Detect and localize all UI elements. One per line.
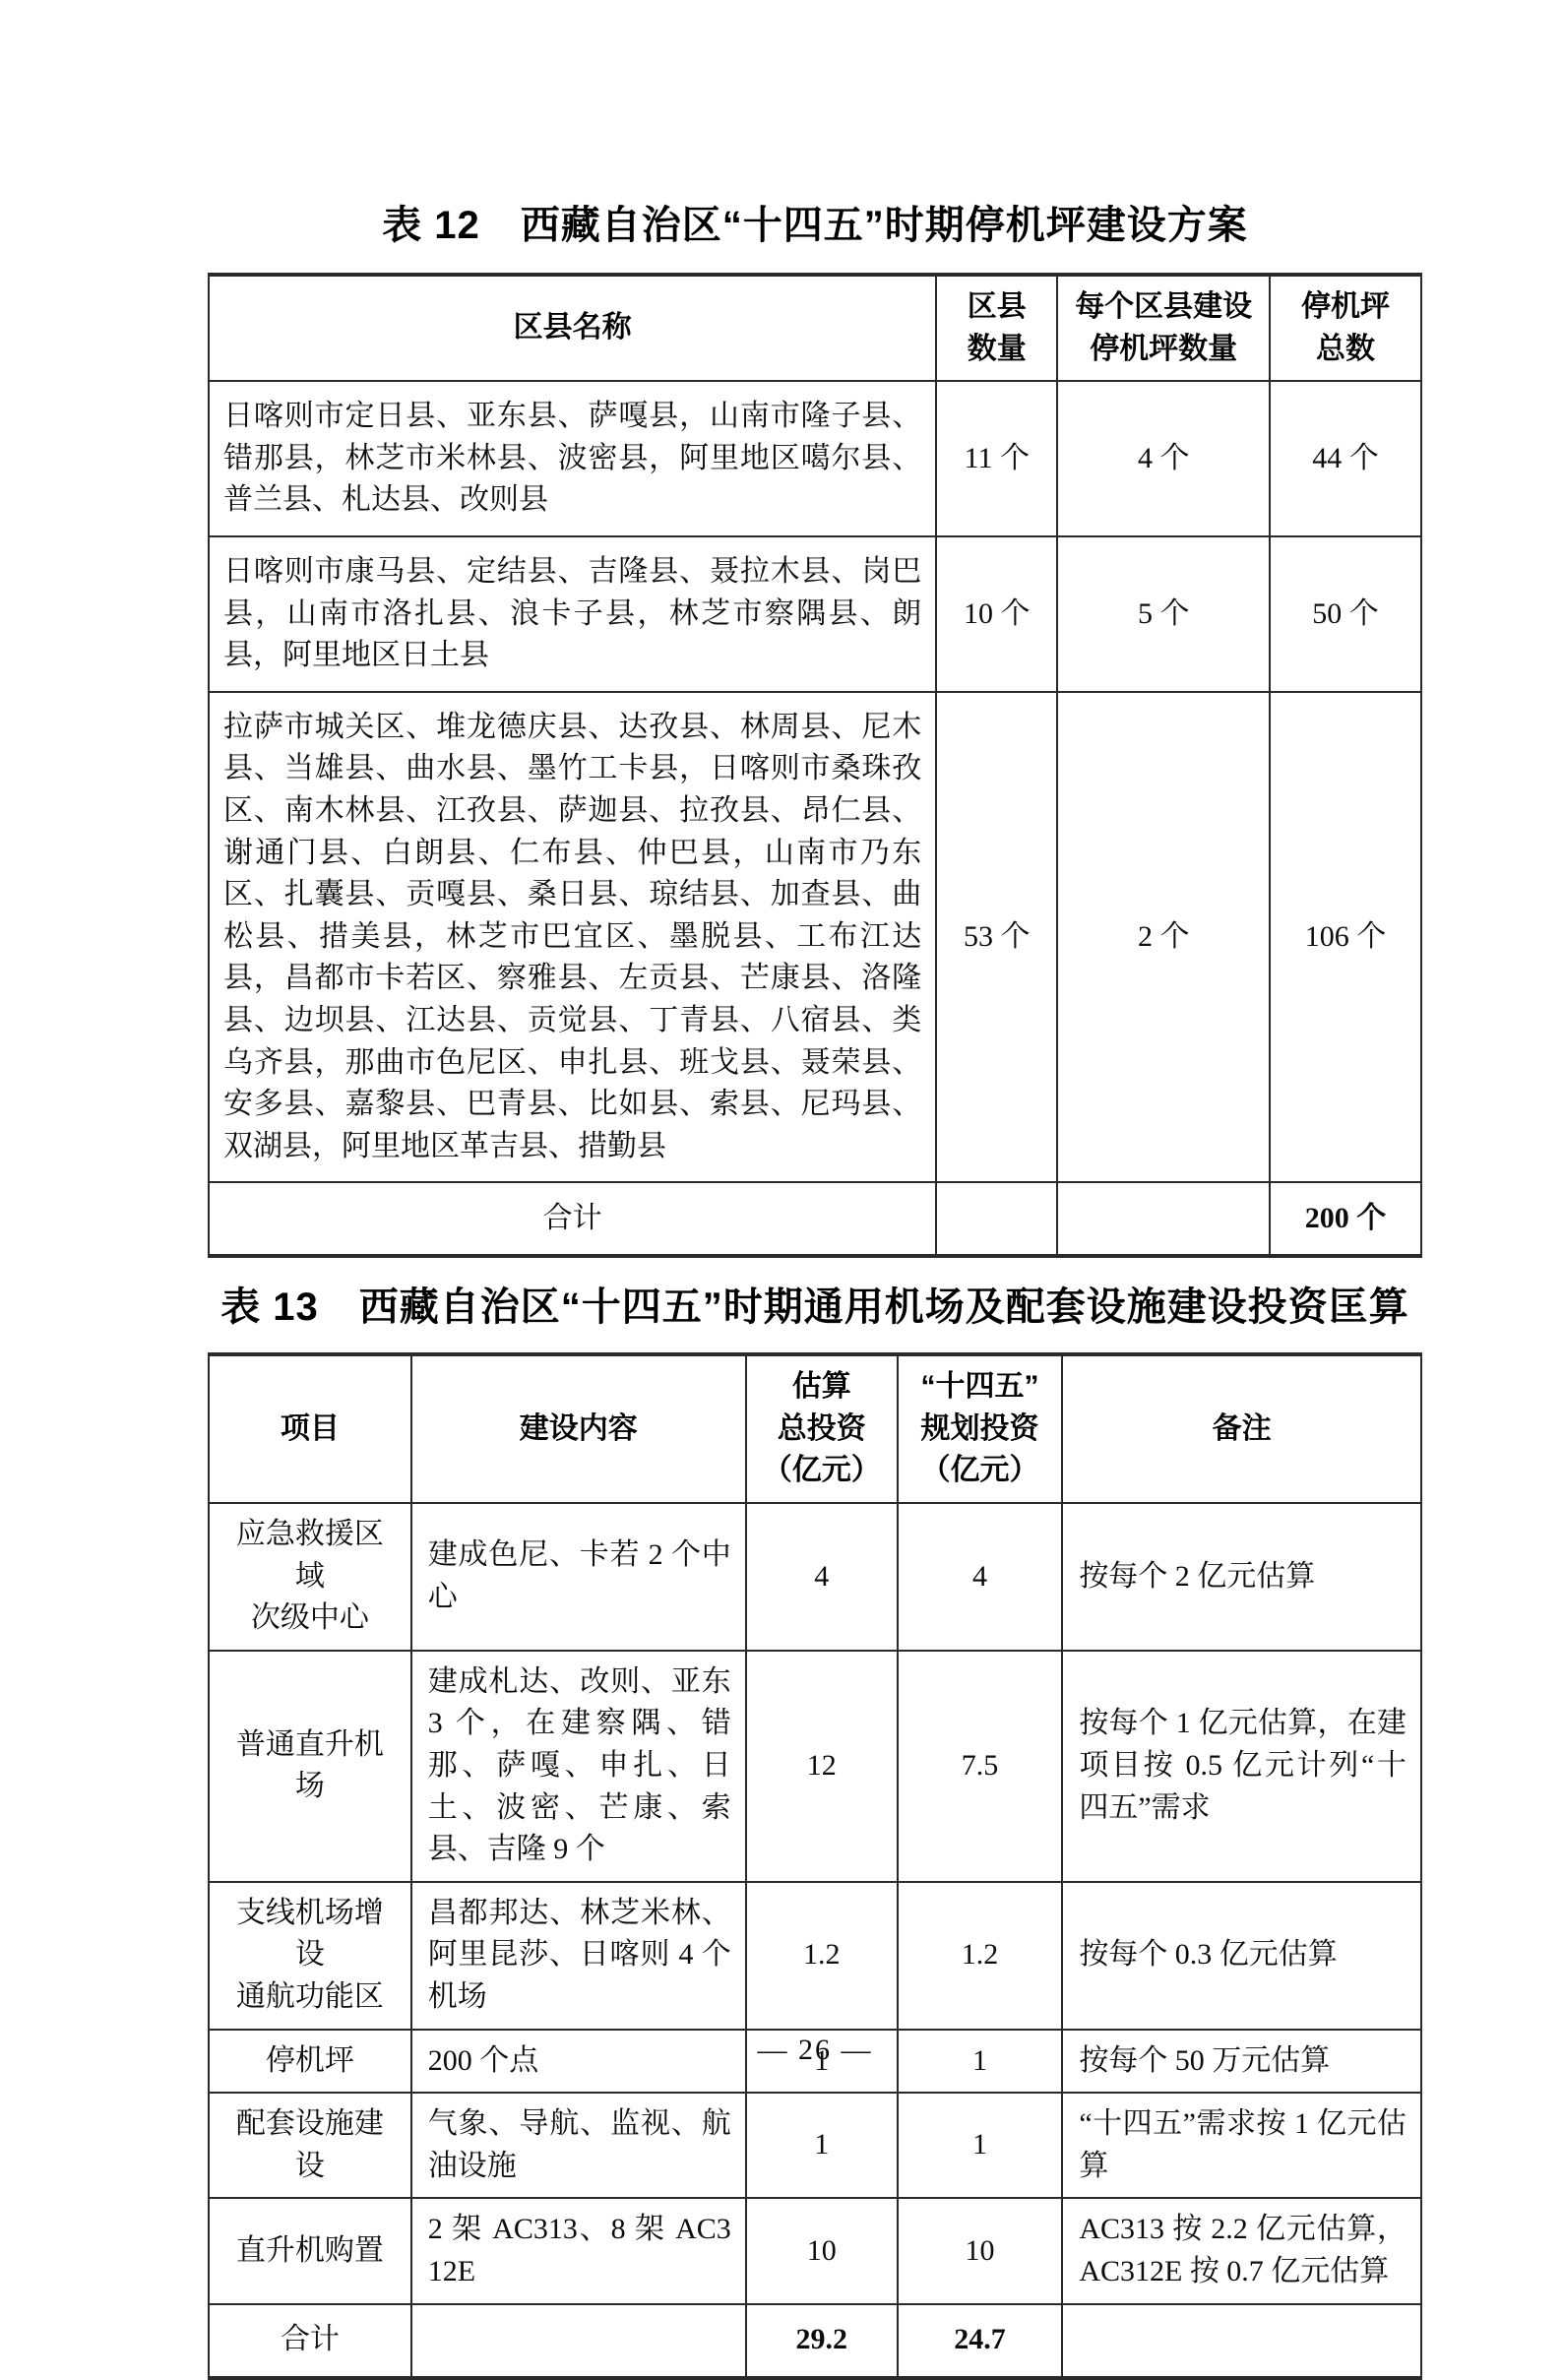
table13-header-row: 项目 建设内容 估算 总投资 （亿元） “十四五” 规划投资 （亿元） 备注 bbox=[209, 1354, 1421, 1503]
aprons-per-county-cell: 4 个 bbox=[1057, 381, 1270, 536]
table12-header-counties: 区县名称 bbox=[209, 275, 936, 381]
table13-header-content: 建设内容 bbox=[411, 1354, 746, 1503]
note-cell: “十四五”需求按 1 亿元估算 bbox=[1062, 2093, 1421, 2198]
total-investment-cell: 1.2 bbox=[746, 1882, 898, 2030]
table13-header-plan-investment: “十四五” 规划投资 （亿元） bbox=[898, 1354, 1063, 1503]
table13-investment-estimate: 项目 建设内容 估算 总投资 （亿元） “十四五” 规划投资 （亿元） 备注 应… bbox=[208, 1352, 1422, 2379]
plan-investment-sum-cell: 24.7 bbox=[898, 2304, 1063, 2378]
table12-header-aprons-per-county: 每个区县建设 停机坪数量 bbox=[1057, 275, 1270, 381]
counties-cell: 日喀则市定日县、亚东县、萨嘎县，山南市隆子县、错那县，林芝市米林县、波密县，阿里… bbox=[209, 381, 936, 536]
empty-cell bbox=[1062, 2304, 1421, 2378]
item-cell: 普通直升机场 bbox=[209, 1651, 411, 1882]
table12-row-1: 日喀则市定日县、亚东县、萨嘎县，山南市隆子县、错那县，林芝市米林县、波密县，阿里… bbox=[209, 381, 1421, 536]
table12-title: 表 12 西藏自治区“十四五”时期停机坪建设方案 bbox=[208, 202, 1422, 249]
item-cell: 直升机购置 bbox=[209, 2198, 411, 2303]
item-cell: 应急救援区域 次级中心 bbox=[209, 1503, 411, 1651]
item-cell: 支线机场增设 通航功能区 bbox=[209, 1882, 411, 2030]
apron-grand-total-cell: 200 个 bbox=[1270, 1182, 1421, 1256]
plan-investment-cell: 4 bbox=[898, 1503, 1063, 1651]
total-investment-cell: 1 bbox=[746, 2093, 898, 2198]
total-investment-cell: 4 bbox=[746, 1503, 898, 1651]
plan-investment-cell: 1.2 bbox=[898, 1882, 1063, 2030]
content-cell: 2 架 AC313、8 架 AC312E bbox=[411, 2198, 746, 2303]
empty-cell bbox=[1057, 1182, 1270, 1256]
table12-row-2: 日喀则市康马县、定结县、吉隆县、聂拉木县、岗巴县，山南市洛扎县、浪卡子县，林芝市… bbox=[209, 536, 1421, 692]
document-page: 表 12 西藏自治区“十四五”时期停机坪建设方案 区县名称 区县 数量 每个区县… bbox=[208, 0, 1422, 2380]
table12-row-3: 拉萨市城关区、堆龙德庆县、达孜县、林周县、尼木县、当雄县、曲水县、墨竹工卡县，日… bbox=[209, 692, 1421, 1183]
plan-investment-cell: 10 bbox=[898, 2198, 1063, 2303]
total-investment-sum-cell: 29.2 bbox=[746, 2304, 898, 2378]
content-cell: 建成色尼、卡若 2 个中心 bbox=[411, 1503, 746, 1651]
table13-total-row: 合计 29.2 24.7 bbox=[209, 2304, 1421, 2378]
apron-total-cell: 44 个 bbox=[1270, 381, 1421, 536]
county-count-cell: 53 个 bbox=[936, 692, 1057, 1183]
empty-cell bbox=[411, 2304, 746, 2378]
note-cell: 按每个 0.3 亿元估算 bbox=[1062, 1882, 1421, 2030]
table12-apron-plan: 区县名称 区县 数量 每个区县建设 停机坪数量 停机坪 总数 日喀则市定日县、亚… bbox=[208, 273, 1422, 1258]
table13-row-3: 支线机场增设 通航功能区 昌都邦达、林芝米林、阿里昆莎、日喀则 4 个机场 1.… bbox=[209, 1882, 1421, 2030]
table13-title: 表 13 西藏自治区“十四五”时期通用机场及配套设施建设投资匡算 bbox=[208, 1284, 1422, 1331]
empty-cell bbox=[936, 1182, 1057, 1256]
aprons-per-county-cell: 2 个 bbox=[1057, 692, 1270, 1183]
total-label-cell: 合计 bbox=[209, 2304, 411, 2378]
table13-header-note: 备注 bbox=[1062, 1354, 1421, 1503]
table13-header-item: 项目 bbox=[209, 1354, 411, 1503]
total-investment-cell: 12 bbox=[746, 1651, 898, 1882]
apron-total-cell: 106 个 bbox=[1270, 692, 1421, 1183]
note-cell: AC313 按 2.2 亿元估算，AC312E 按 0.7 亿元估算 bbox=[1062, 2198, 1421, 2303]
county-count-cell: 10 个 bbox=[936, 536, 1057, 692]
total-label-cell: 合计 bbox=[209, 1182, 936, 1256]
table13-row-1: 应急救援区域 次级中心 建成色尼、卡若 2 个中心 4 4 按每个 2 亿元估算 bbox=[209, 1503, 1421, 1651]
content-cell: 昌都邦达、林芝米林、阿里昆莎、日喀则 4 个机场 bbox=[411, 1882, 746, 2030]
table13-row-2: 普通直升机场 建成札达、改则、亚东 3 个，在建察隅、错那、萨嘎、申扎、日土、波… bbox=[209, 1651, 1421, 1882]
counties-cell: 日喀则市康马县、定结县、吉隆县、聂拉木县、岗巴县，山南市洛扎县、浪卡子县，林芝市… bbox=[209, 536, 936, 692]
content-cell: 建成札达、改则、亚东 3 个，在建察隅、错那、萨嘎、申扎、日土、波密、芒康、索县… bbox=[411, 1651, 746, 1882]
content-cell: 气象、导航、监视、航油设施 bbox=[411, 2093, 746, 2198]
note-cell: 按每个 2 亿元估算 bbox=[1062, 1503, 1421, 1651]
county-count-cell: 11 个 bbox=[936, 381, 1057, 536]
table12-header-apron-total: 停机坪 总数 bbox=[1270, 275, 1421, 381]
table12-total-row: 合计 200 个 bbox=[209, 1182, 1421, 1256]
table13-header-total-investment: 估算 总投资 （亿元） bbox=[746, 1354, 898, 1503]
table13-row-5: 配套设施建设 气象、导航、监视、航油设施 1 1 “十四五”需求按 1 亿元估算 bbox=[209, 2093, 1421, 2198]
plan-investment-cell: 7.5 bbox=[898, 1651, 1063, 1882]
plan-investment-cell: 1 bbox=[898, 2093, 1063, 2198]
page-number: — 26 — bbox=[208, 2034, 1422, 2067]
table12-header-county-count: 区县 数量 bbox=[936, 275, 1057, 381]
total-investment-cell: 10 bbox=[746, 2198, 898, 2303]
apron-total-cell: 50 个 bbox=[1270, 536, 1421, 692]
item-cell: 配套设施建设 bbox=[209, 2093, 411, 2198]
table13-row-6: 直升机购置 2 架 AC313、8 架 AC312E 10 10 AC313 按… bbox=[209, 2198, 1421, 2303]
aprons-per-county-cell: 5 个 bbox=[1057, 536, 1270, 692]
counties-cell: 拉萨市城关区、堆龙德庆县、达孜县、林周县、尼木县、当雄县、曲水县、墨竹工卡县，日… bbox=[209, 692, 936, 1183]
note-cell: 按每个 1 亿元估算，在建项目按 0.5 亿元计列“十四五”需求 bbox=[1062, 1651, 1421, 1882]
table12-header-row: 区县名称 区县 数量 每个区县建设 停机坪数量 停机坪 总数 bbox=[209, 275, 1421, 381]
